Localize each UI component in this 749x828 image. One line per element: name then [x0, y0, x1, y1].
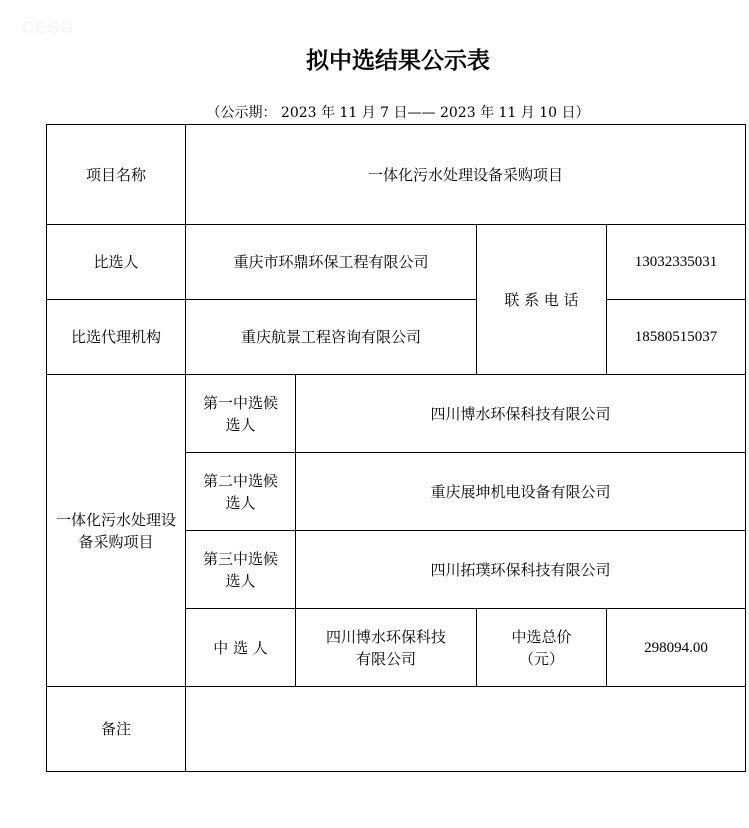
remarks-value	[186, 687, 746, 772]
comparer-value: 重庆市环鼎环保工程有限公司	[186, 225, 477, 300]
candidate-3-label: 第三中选候选人	[186, 531, 296, 609]
project-group-label: 一体化污水处理设备采购项目	[47, 375, 186, 687]
project-name-value: 一体化污水处理设备采购项目	[186, 125, 746, 225]
project-name-label: 项目名称	[47, 125, 186, 225]
candidate-1-value: 四川博水环保科技有限公司	[296, 375, 746, 453]
publicity-period: （公示期： 2023 年 11 月 7 日—— 2023 年 11 月 10 日…	[0, 102, 749, 122]
contact-phone-label: 联 系 电 话	[477, 225, 607, 375]
total-price-value: 298094.00	[607, 609, 746, 687]
candidate-1-label: 第一中选候选人	[186, 375, 296, 453]
agent-phone: 18580515037	[607, 300, 746, 375]
comparer-label: 比选人	[47, 225, 186, 300]
comparer-phone: 13032335031	[607, 225, 746, 300]
agent-value: 重庆航景工程咨询有限公司	[186, 300, 477, 375]
candidate-2-value: 重庆展坤机电设备有限公司	[296, 453, 746, 531]
watermark: CESG	[22, 18, 74, 38]
agent-label: 比选代理机构	[47, 300, 186, 375]
winner-label: 中 选 人	[186, 609, 296, 687]
candidate-3-value: 四川拓璞环保科技有限公司	[296, 531, 746, 609]
total-price-label: 中选总价（元）	[477, 609, 607, 687]
remarks-label: 备注	[47, 687, 186, 772]
winner-value: 四川博水环保科技有限公司	[296, 609, 477, 687]
candidate-2-label: 第二中选候选人	[186, 453, 296, 531]
result-table: 项目名称 一体化污水处理设备采购项目 比选人 重庆市环鼎环保工程有限公司 联 系…	[46, 124, 746, 772]
document-title: 拟中选结果公示表	[0, 42, 749, 75]
